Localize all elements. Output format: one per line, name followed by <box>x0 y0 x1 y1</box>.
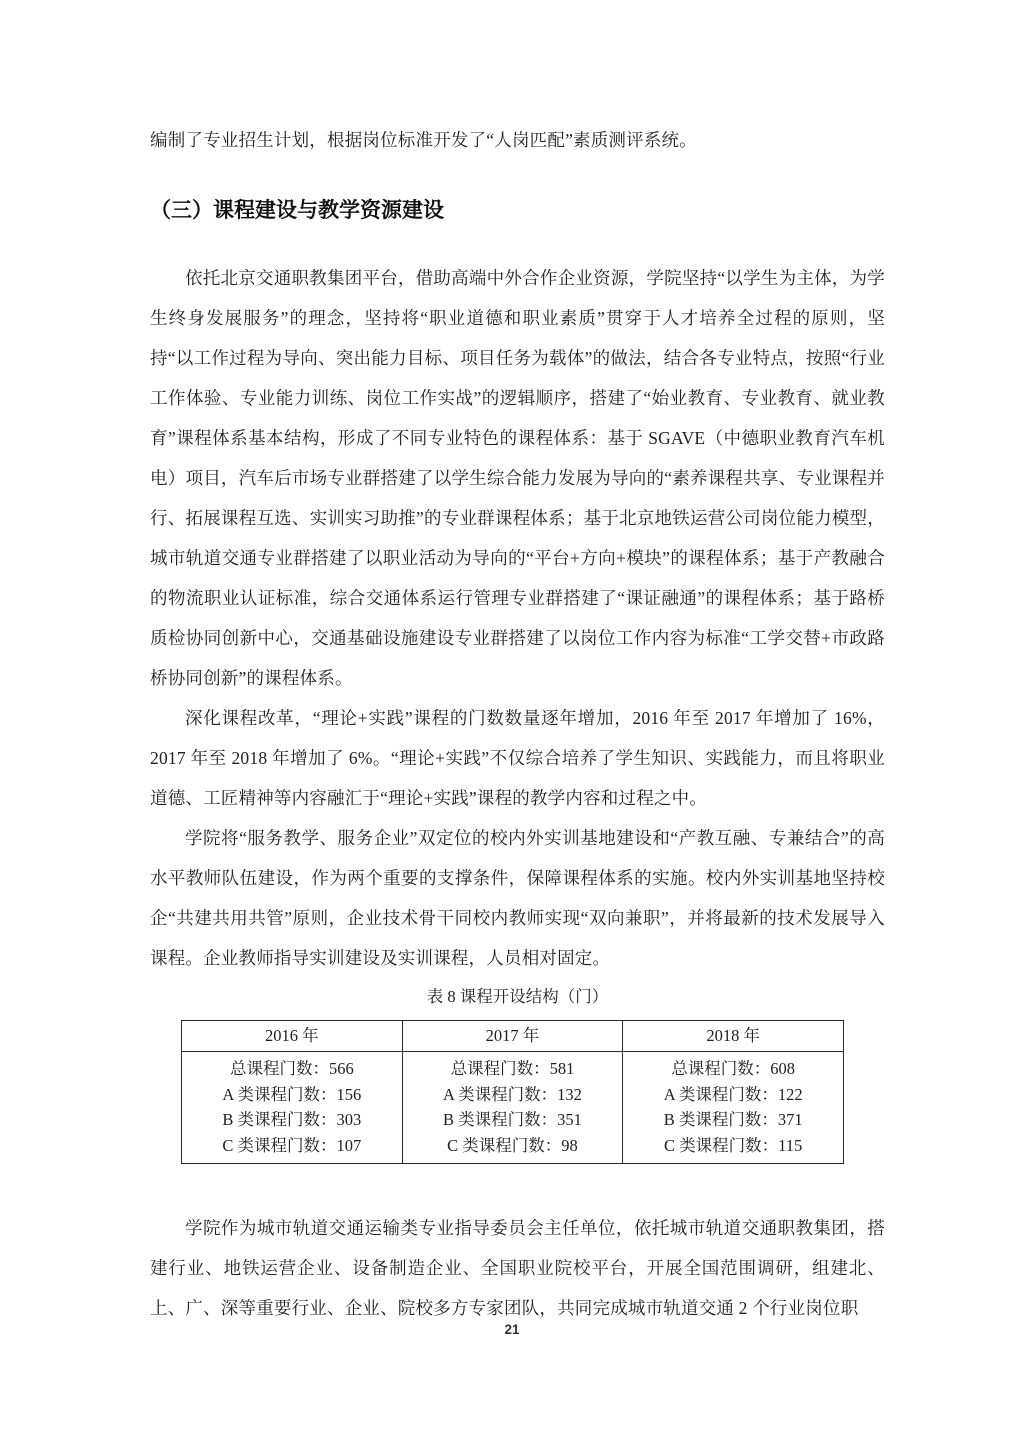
page-content: 编制了专业招生计划，根据岗位标准开发了“人岗匹配”素质测评系统。 （三）课程建设… <box>150 0 885 1328</box>
paragraph-rail-committee: 学院作为城市轨道交通运输类专业指导委员会主任单位，依托城市轨道交通职教集团，搭建… <box>150 1208 885 1328</box>
paragraph-intro-tail: 编制了专业招生计划，根据岗位标准开发了“人岗匹配”素质测评系统。 <box>150 120 885 160</box>
table-cell-line: 总课程门数：566 <box>182 1056 402 1082</box>
table-header-2017: 2017 年 <box>402 1021 623 1052</box>
table-caption: 表 8 课程开设结构（门） <box>150 982 885 1012</box>
table-cell-line: B 类课程门数：351 <box>403 1107 623 1133</box>
table-header-2018: 2018 年 <box>623 1021 844 1052</box>
table-cell-line: A 类课程门数：122 <box>623 1082 843 1108</box>
table-cell-2017: 总课程门数：581 A 类课程门数：132 B 类课程门数：351 C 类课程门… <box>402 1052 623 1164</box>
paragraph-training-base: 学院将“服务教学、服务企业”双定位的校内外实训基地建设和“产教互融、专兼结合”的… <box>150 818 885 978</box>
table-cell-line: A 类课程门数：132 <box>403 1082 623 1108</box>
course-structure-table: 2016 年 2017 年 2018 年 总课程门数：566 A 类课程门数：1… <box>181 1020 844 1164</box>
table-cell-line: 总课程门数：581 <box>403 1056 623 1082</box>
table-header-2016: 2016 年 <box>182 1021 403 1052</box>
table-cell-line: C 类课程门数：98 <box>403 1133 623 1159</box>
table-cell-2016: 总课程门数：566 A 类课程门数：156 B 类课程门数：303 C 类课程门… <box>182 1052 403 1164</box>
table-cell-line: A 类课程门数：156 <box>182 1082 402 1108</box>
table-body-row: 总课程门数：566 A 类课程门数：156 B 类课程门数：303 C 类课程门… <box>182 1052 844 1164</box>
table-header-row: 2016 年 2017 年 2018 年 <box>182 1021 844 1052</box>
paragraph-course-reform: 深化课程改革，“理论+实践”课程的门数数量逐年增加，2016 年至 2017 年… <box>150 698 885 818</box>
page-number: 21 <box>0 1322 1024 1337</box>
table-cell-line: C 类课程门数：107 <box>182 1133 402 1159</box>
table-cell-line: 总课程门数：608 <box>623 1056 843 1082</box>
table-cell-line: C 类课程门数：115 <box>623 1133 843 1159</box>
table-cell-line: B 类课程门数：371 <box>623 1107 843 1133</box>
table-cell-line: B 类课程门数：303 <box>182 1107 402 1133</box>
document-page: 编制了专业招生计划，根据岗位标准开发了“人岗匹配”素质测评系统。 （三）课程建设… <box>0 0 1024 1448</box>
section-heading: （三）课程建设与教学资源建设 <box>150 196 885 226</box>
table-cell-2018: 总课程门数：608 A 类课程门数：122 B 类课程门数：371 C 类课程门… <box>623 1052 844 1164</box>
paragraph-course-system: 依托北京交通职教集团平台，借助高端中外合作企业资源，学院坚持“以学生为主体，为学… <box>150 258 885 698</box>
